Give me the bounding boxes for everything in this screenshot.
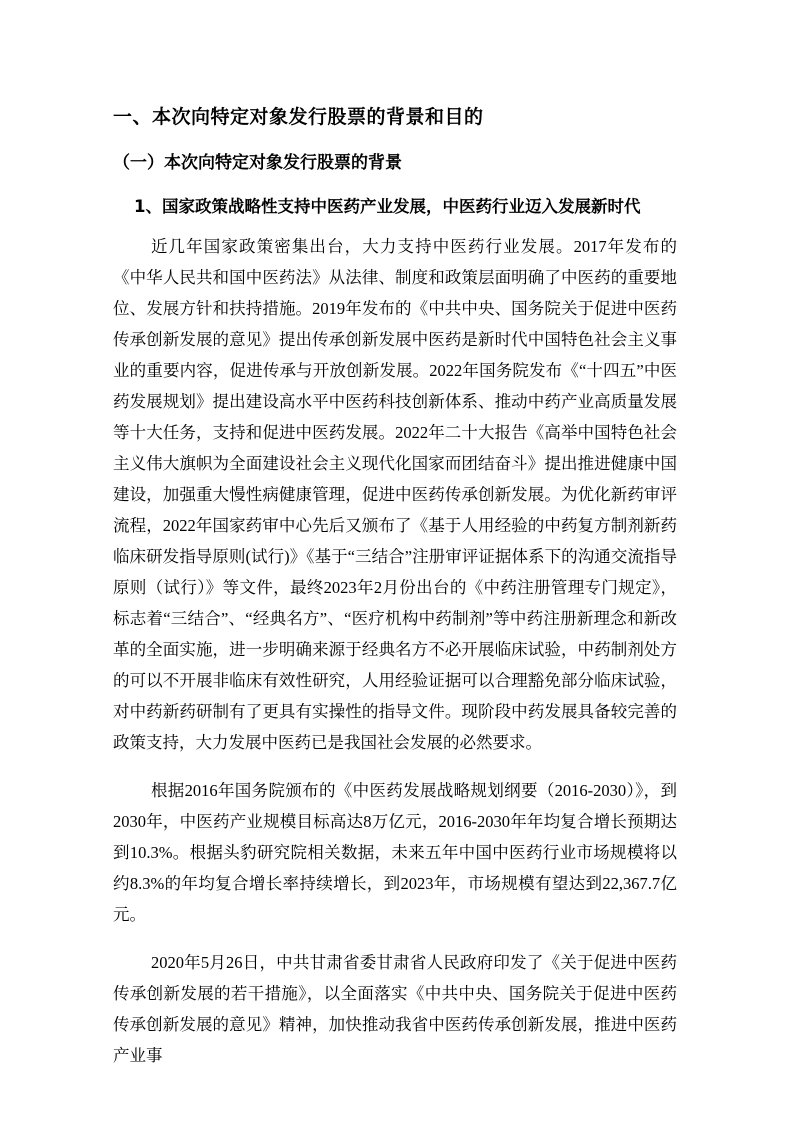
item-heading: 1、国家政策战略性支持中医药产业发展，中医药行业迈入发展新时代 xyxy=(134,195,677,218)
document-page: 一、本次向特定对象发行股票的背景和目的 （一）本次向特定对象发行股票的背景 1、… xyxy=(0,0,793,1122)
section-heading: 一、本次向特定对象发行股票的背景和目的 xyxy=(113,104,677,130)
subsection-heading: （一）本次向特定对象发行股票的背景 xyxy=(113,151,677,175)
paragraph-policy-support: 近几年国家政策密集出台，大力支持中医药行业发展。2017年发布的《中华人民共和国… xyxy=(113,231,677,758)
paragraph-market-scale: 根据2016年国务院颁布的《中医药发展战略规划纲要（2016-2030）》，到2… xyxy=(113,775,677,930)
paragraph-gansu-measures: 2020年5月26日，中共甘肃省委甘肃省人民政府印发了《关于促进中医药传承创新发… xyxy=(113,947,677,1071)
